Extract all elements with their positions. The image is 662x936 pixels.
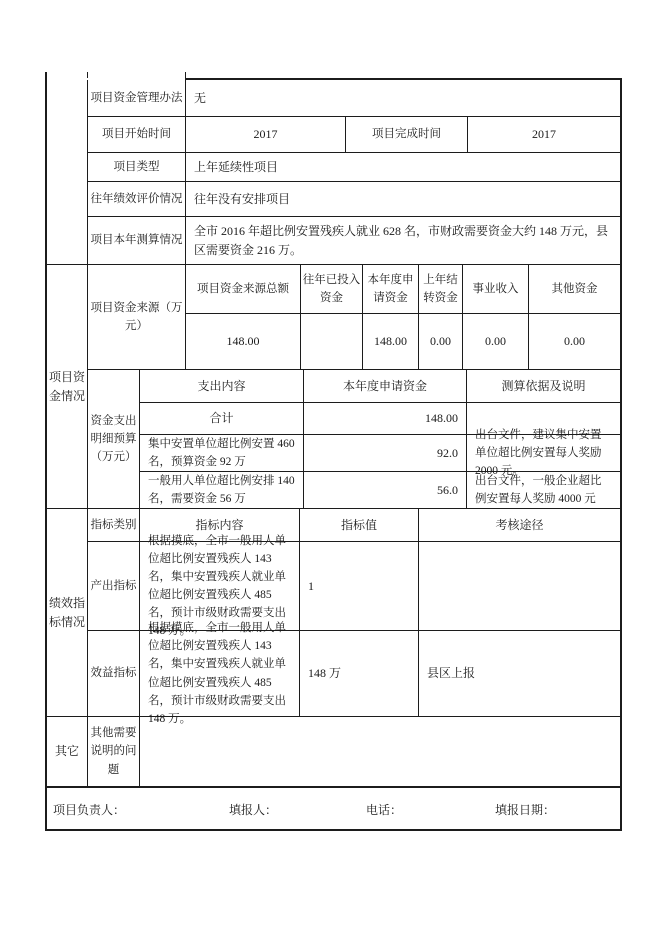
- form-filler-label: 填报人：: [229, 801, 277, 820]
- header-expense-content: 支出内容: [140, 370, 304, 403]
- value-operating-income: 0.00: [463, 314, 529, 370]
- label-past-performance: 往年绩效评价情况: [88, 182, 186, 217]
- border-stub-left: [45, 72, 47, 78]
- header-assessment-method: 考核途径: [419, 509, 620, 542]
- value-finish-time: 2017: [468, 117, 620, 153]
- header-operating-income: 事业收入: [463, 265, 529, 314]
- header-current-requested: 本年度申请资金: [363, 265, 419, 314]
- expense-row-central-content: 集中安置单位超比例安置 460 名，预算资金 92 万: [140, 435, 304, 472]
- expense-row-total-amount: 148.00: [304, 403, 467, 435]
- expense-row-general-basis: 出台文件，一般企业超比例安置每人奖励 4000 元: [467, 472, 620, 509]
- expense-row-total-content: 合计: [140, 403, 304, 435]
- indicator-benefit-content: 根据摸底，全市一般用人单位超比例安置残疾人 143 名，集中安置残疾人就业单位超…: [140, 631, 300, 717]
- value-prior-invested: [301, 314, 363, 370]
- indicator-output-method: [419, 542, 620, 631]
- header-indicator-type: 指标类别: [88, 509, 140, 542]
- value-start-time: 2017: [186, 117, 346, 153]
- fill-date-label: 填报日期：: [495, 801, 555, 820]
- value-current-requested: 148.00: [363, 314, 419, 370]
- section-label-performance: 绩效指标情况: [47, 509, 88, 717]
- value-past-performance: 往年没有安排项目: [186, 182, 620, 217]
- header-prior-invested: 往年已投入资金: [301, 265, 363, 314]
- header-expense-basis: 测算依据及说明: [467, 370, 620, 403]
- expense-row-central-basis: 出台文件，建议集中安置单位超比例安置每人奖励 2000 元。: [467, 435, 620, 472]
- label-other-issues: 其他需要说明的问题: [88, 717, 140, 787]
- value-carryover: 0.00: [419, 314, 463, 370]
- indicator-output-value: 1: [300, 542, 419, 631]
- phone-label: 电话：: [366, 801, 402, 820]
- value-current-estimate: 全市 2016 年超比例安置残疾人就业 628 名，市财政需要资金大约 148 …: [186, 217, 620, 265]
- header-indicator-value: 指标值: [300, 509, 419, 542]
- label-current-estimate: 项目本年测算情况: [88, 217, 186, 265]
- project-manager-label: 项目负责人：: [53, 801, 125, 820]
- budget-form-page: 项目资金管理办法 无 项目开始时间 2017 项目完成时间 2017 项目类型 …: [0, 0, 662, 936]
- expense-row-central-amount: 92.0: [304, 435, 467, 472]
- indicator-benefit-method: 县区上报: [419, 631, 620, 717]
- section-col-continued-empty: [47, 80, 88, 265]
- expense-row-general-amount: 56.0: [304, 472, 467, 509]
- value-project-type: 上年延续性项目: [186, 153, 620, 182]
- section-label-other: 其它: [47, 717, 88, 787]
- header-expense-amount: 本年度申请资金: [304, 370, 467, 403]
- label-finish-time: 项目完成时间: [346, 117, 468, 153]
- border-stub-label-col: [185, 72, 186, 78]
- label-fund-management: 项目资金管理办法: [88, 80, 186, 117]
- section-label-funding: 项目资金情况: [47, 265, 88, 509]
- expense-row-general-content: 一般用人单位超比例安排 140 名，需要资金 56 万: [140, 472, 304, 509]
- value-other-funds: 0.00: [529, 314, 620, 370]
- header-carryover: 上年结转资金: [419, 265, 463, 314]
- value-source-total: 148.00: [186, 314, 301, 370]
- label-fund-source: 项目资金来源（万元）: [88, 265, 186, 370]
- label-expense-budget: 资金支出明细预算（万元）: [88, 370, 140, 509]
- header-source-total: 项目资金来源总额: [186, 265, 301, 314]
- value-other-issues: [140, 717, 620, 787]
- indicator-output-type: 产出指标: [88, 542, 140, 631]
- indicator-benefit-value: 148 万: [300, 631, 419, 717]
- header-other-funds: 其他资金: [529, 265, 620, 314]
- signature-row: 项目负责人： 填报人： 电话： 填报日期：: [47, 788, 620, 829]
- value-fund-management: 无: [186, 80, 620, 117]
- label-project-type: 项目类型: [88, 153, 186, 182]
- label-start-time: 项目开始时间: [88, 117, 186, 153]
- indicator-output-content: 根据摸底，全市一般用人单位超比例安置残疾人 143 名，集中安置残疾人就业单位超…: [140, 542, 300, 631]
- indicator-benefit-type: 效益指标: [88, 631, 140, 717]
- border-stub-col-a: [87, 72, 88, 78]
